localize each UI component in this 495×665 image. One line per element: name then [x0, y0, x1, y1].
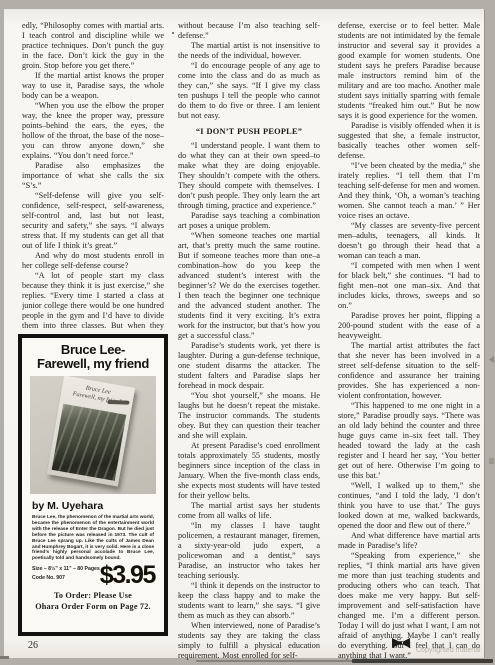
article-column-2: without because I’m also teaching self-d…	[178, 21, 320, 661]
ad-order-line-1: To Order: Please Use	[22, 591, 164, 602]
book-cover: Bruce Lee Farewell, my friend	[47, 376, 135, 486]
paragraph: “I understand people. I want them to do …	[178, 141, 320, 211]
paragraph: Paradise also emphasizes the importance …	[22, 161, 164, 191]
magazine-page: edly, “Philosophy comes with martial art…	[4, 9, 485, 658]
paragraph: “This happened to me one night in a stor…	[338, 401, 480, 481]
paragraph: Paradise is visibly offended when it is …	[338, 121, 480, 161]
paragraph: “In my classes I have taught policemen, …	[178, 521, 320, 581]
article-column-2-bottom: “I understand people. I want them to do …	[178, 141, 320, 661]
scan-artifact-edge-mark	[489, 356, 494, 363]
paragraph: “You shot yourself,” she moans. He laugh…	[178, 391, 320, 441]
paragraph: The martial artist attributes the fact t…	[338, 341, 480, 401]
paragraph: And what difference have martial arts ma…	[338, 531, 480, 551]
ad-order-info: To Order: Please Use Ohara Order Form on…	[22, 591, 164, 612]
ad-price: $3.95	[100, 564, 155, 587]
paragraph: And why do most students enroll in her c…	[22, 251, 164, 271]
article-column-2-top: without because I’m also teaching self-d…	[178, 21, 320, 121]
ad-specs: Size – 8½" x 11" – 80 Pages Code No. 907	[32, 565, 100, 583]
scan-artifact-edge-mark	[489, 458, 494, 464]
paragraph: If the martial artist knows the proper w…	[22, 71, 164, 101]
article-column-3: defense, exercise or to feel better. Mal…	[338, 21, 480, 661]
paragraph: When interviewed, none of Paradise’s stu…	[178, 621, 320, 661]
paragraph: edly, “Philosophy comes with martial art…	[22, 21, 164, 71]
paragraph: “My classes are seventy-five percent men…	[338, 221, 480, 261]
ad-spec-row: Size – 8½" x 11" – 80 Pages Code No. 907…	[32, 565, 154, 587]
ad-box-bruce-lee-book: Bruce Lee- Farewell, my friend Bruce Lee…	[18, 334, 168, 636]
paragraph: “I think it depends on the instructor to…	[178, 581, 320, 621]
scan-artifact-corner	[0, 656, 9, 659]
paragraph: “A lot of people start my class because …	[22, 271, 164, 332]
book-photo: Bruce Lee Farewell, my friend	[30, 376, 156, 494]
paragraph: At present Paradise’s coed enrollment to…	[178, 441, 320, 501]
scan-artifact-bottom-strip	[352, 659, 493, 663]
section-heading: “I DON’T PUSH PEOPLE”	[178, 127, 320, 137]
ad-size-line: Size – 8½" x 11" – 80 Pages	[32, 565, 100, 574]
paragraph: “I competed with men when I went for bla…	[338, 261, 480, 311]
ad-order-line-2: Ohara Order Form on Page 72.	[22, 602, 164, 613]
ad-title-line-2: Farewell, my friend	[22, 357, 164, 371]
paragraph: “When you use the elbow the proper way, …	[22, 101, 164, 161]
paragraph: defense, exercise or to feel better. Mal…	[338, 21, 480, 121]
copyright-watermark: Copyrighted material	[416, 647, 481, 654]
scan-artifact-dot	[172, 32, 174, 34]
ad-title-line-1: Bruce Lee-	[22, 343, 164, 357]
scan-artifact-bottom-strip	[196, 660, 354, 662]
ad-description: Bruce Lee, the phenomenon of the martial…	[32, 515, 154, 562]
article-column-1: edly, “Philosophy comes with martial art…	[22, 21, 164, 332]
paragraph: “I’ve been cheated by the media,” she ir…	[338, 161, 480, 221]
book-cover-banner-icon	[107, 400, 129, 405]
article-end-icon	[392, 635, 410, 653]
page-number: 26	[28, 640, 38, 651]
ad-code-line: Code No. 907	[32, 574, 100, 583]
paragraph: The martial artist says her students com…	[178, 501, 320, 521]
paragraph: The martial artist is not insensitive to…	[178, 41, 320, 61]
paragraph: Paradise’s students work, yet there is l…	[178, 341, 320, 391]
book-cover-photo	[52, 404, 127, 481]
paragraph: “When someone teaches one martial art, t…	[178, 231, 320, 341]
paragraph: “Self-defense will give you self-confide…	[22, 191, 164, 251]
paragraph: Paradise says teaching a combination art…	[178, 211, 320, 231]
paragraph: without because I’m also teaching self-d…	[178, 21, 320, 41]
paragraph: “I do encourage people of any age to com…	[178, 61, 320, 121]
ad-author: by M. Uyehara	[32, 500, 164, 512]
ad-title: Bruce Lee- Farewell, my friend	[22, 343, 164, 371]
paragraph: “Well, I walked up to them,” she continu…	[338, 481, 480, 531]
paragraph: Paradise proves her point, flipping a 20…	[338, 311, 480, 341]
